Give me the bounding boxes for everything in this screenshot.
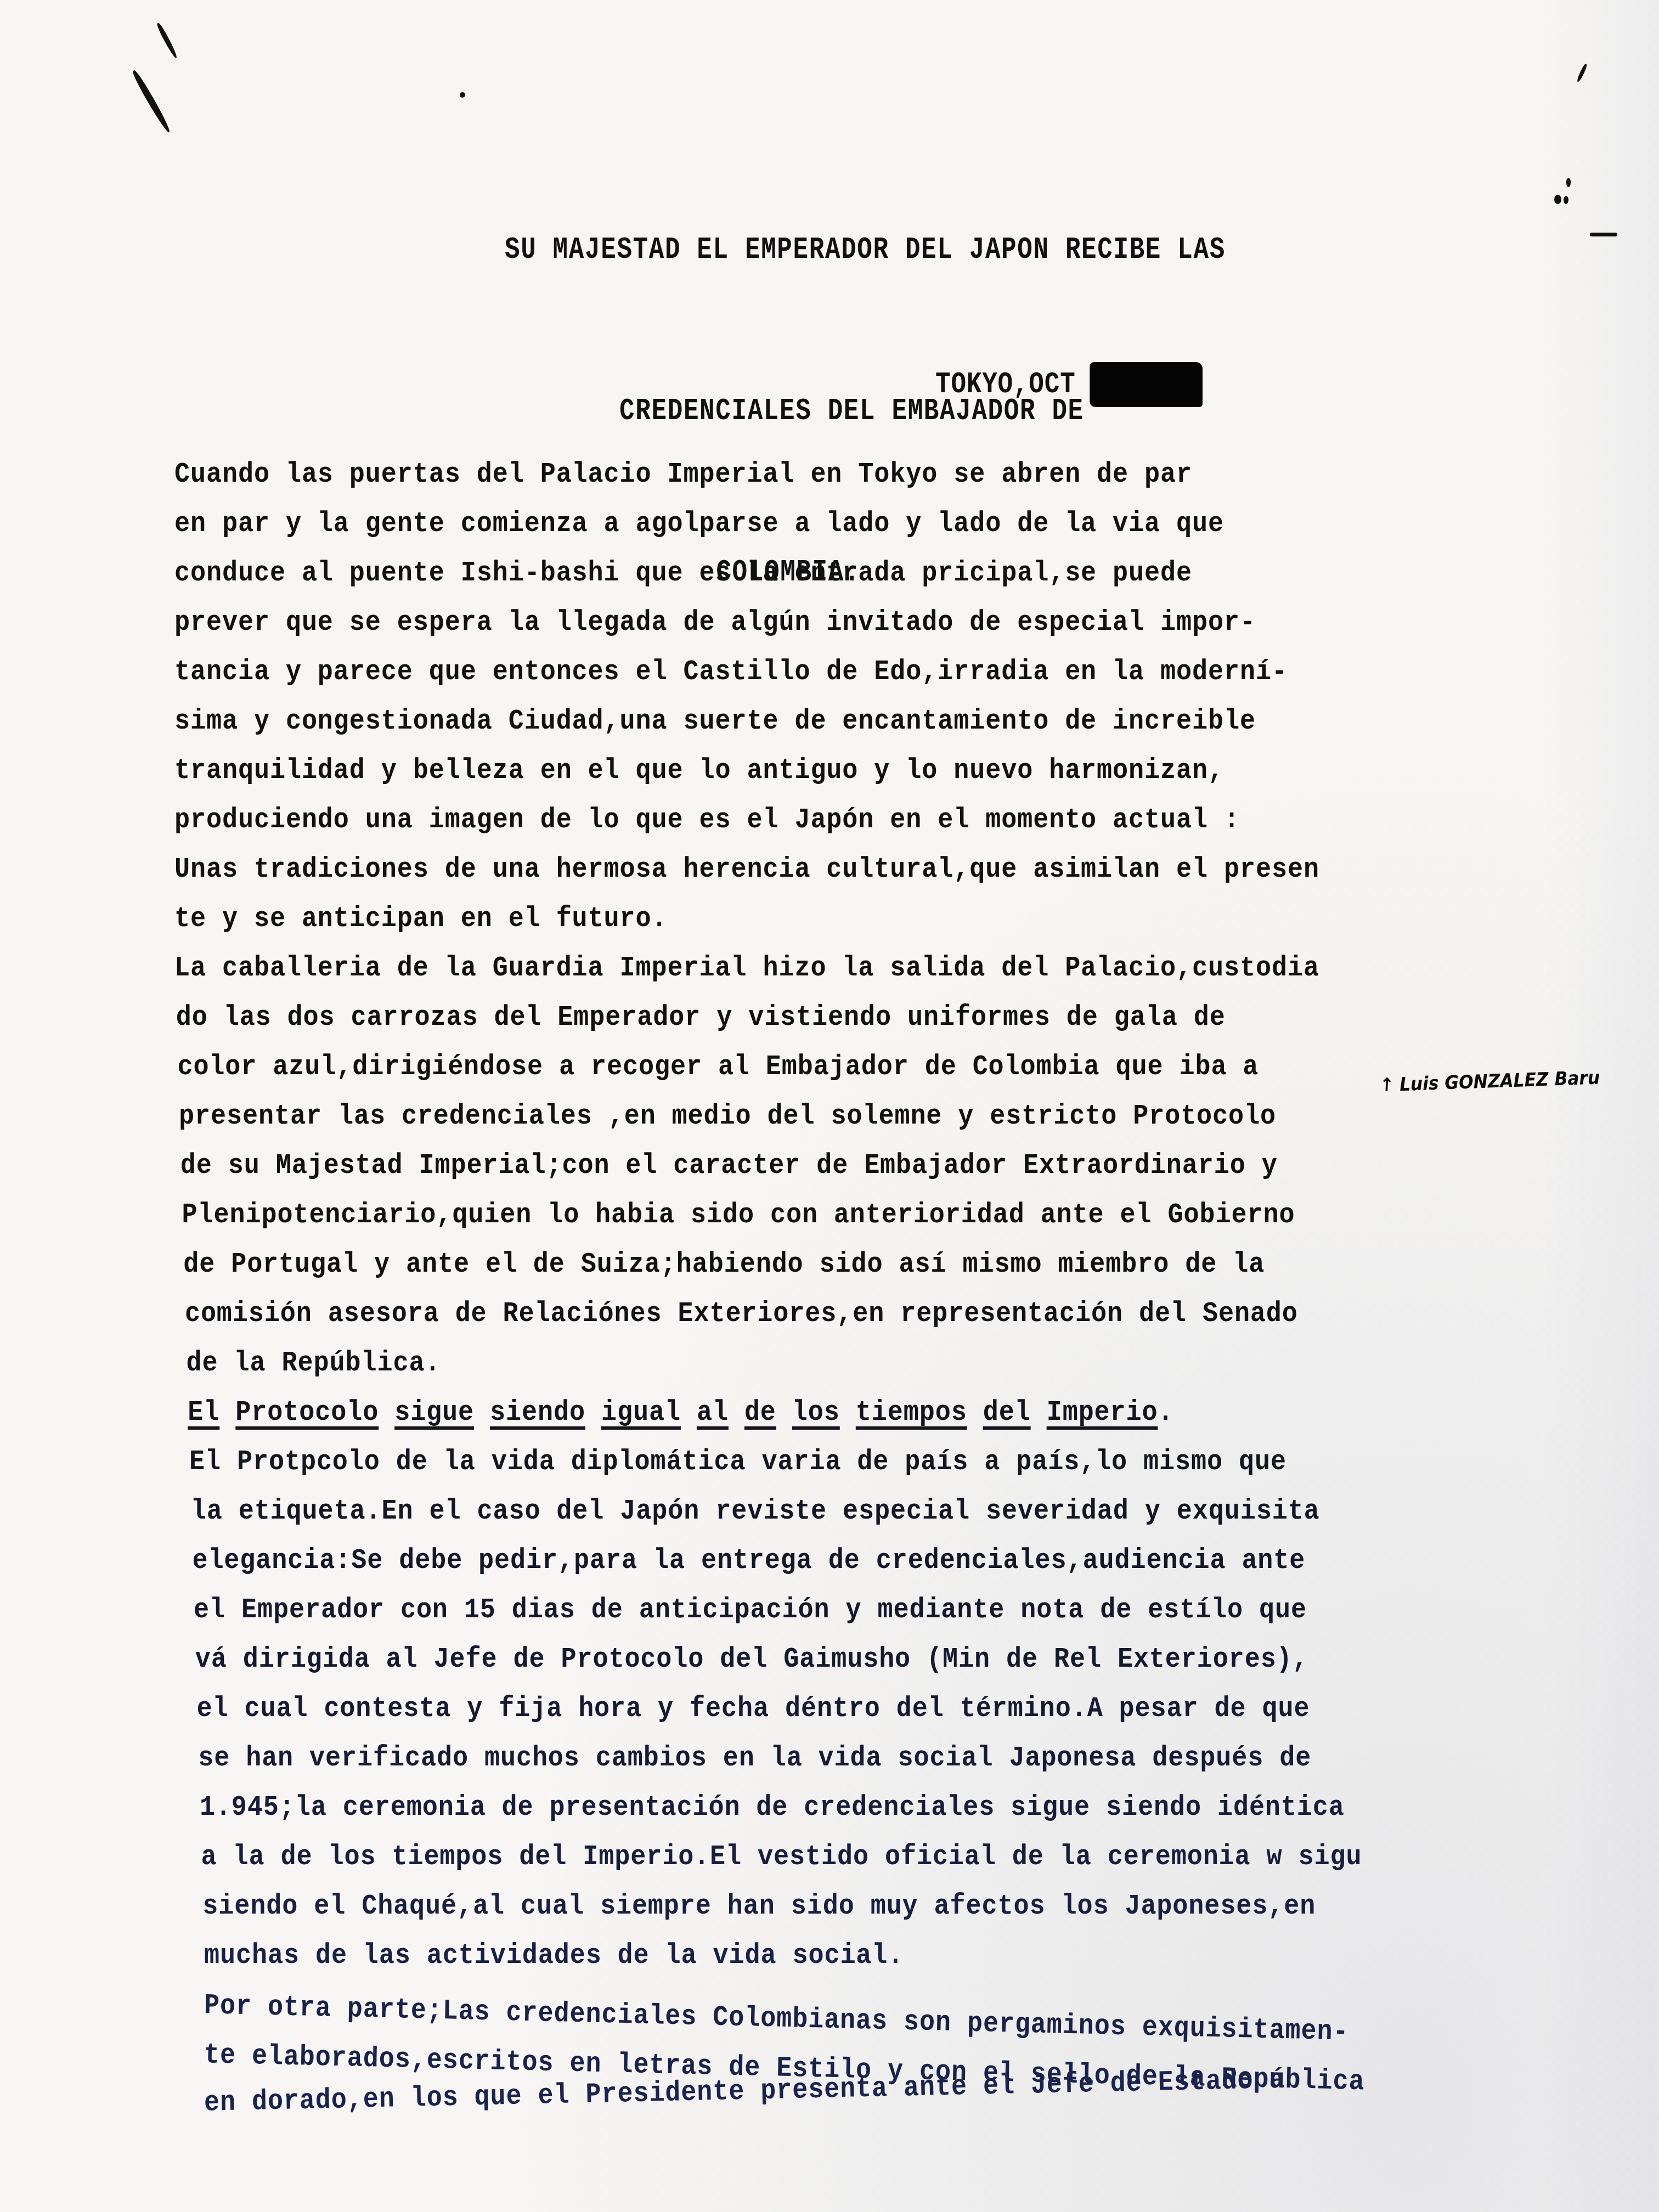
body-line: el Emperador con 15 dias de anticipación…	[174, 1585, 1508, 1635]
sub-heading-word: de	[744, 1396, 776, 1429]
document-body: Cuando las puertas del Palacio Imperial …	[174, 450, 1656, 2129]
body-line: color azul,dirigiéndose a recoger al Emb…	[174, 1042, 1508, 1092]
ink-mark	[460, 92, 465, 98]
body-line: Unas tradiciones de una hermosa herencia…	[174, 845, 1508, 894]
ink-mark	[156, 22, 179, 59]
body-line: 1.945;la ceremonia de presentación de cr…	[174, 1783, 1508, 1832]
ink-mark	[131, 69, 172, 134]
body-line: la etiqueta.En el caso del Japón reviste…	[174, 1487, 1508, 1536]
body-line: Plenipotenciario,quien lo habia sido con…	[174, 1190, 1508, 1240]
sub-heading-word: del	[983, 1396, 1031, 1429]
body-line: el cual contesta y fija hora y fecha dén…	[174, 1684, 1508, 1734]
body-line: se han verificado muchos cambios en la v…	[174, 1734, 1508, 1783]
scanned-page: SU MAJESTAD EL EMPERADOR DEL JAPON RECIB…	[0, 0, 1659, 2212]
sub-heading-word: igual	[601, 1396, 681, 1429]
body-line: elegancia:Se debe pedir,para la entrega …	[174, 1536, 1508, 1585]
title-line-1: SU MAJESTAD EL EMPERADOR DEL JAPON RECIB…	[505, 223, 1226, 276]
body-line: te y se anticipan en el futuro.	[174, 894, 1508, 944]
sub-heading-word: siendo	[490, 1396, 585, 1429]
body-line: presentar las credenciales ,en medio del…	[174, 1092, 1508, 1141]
redaction-block	[1090, 362, 1203, 407]
annotation-text: Luis GONZALEZ Baru	[1399, 1066, 1600, 1096]
sub-heading-word: Imperio	[1047, 1396, 1158, 1429]
ink-mark	[1576, 63, 1588, 83]
sub-heading: El Protocolo sigue siendo igual al de lo…	[174, 1388, 1508, 1437]
sub-heading-word: al	[697, 1396, 729, 1429]
body-line: comisión asesora de Relaciónes Exteriore…	[174, 1289, 1508, 1339]
ink-mark	[1566, 178, 1571, 187]
body-line: de Portugal y ante el de Suiza;habiendo …	[174, 1240, 1508, 1289]
body-line: Cuando las puertas del Palacio Imperial …	[174, 450, 1508, 499]
sub-heading-word: Protocolo	[235, 1396, 379, 1429]
body-line: produciendo una imagen de lo que es el J…	[174, 795, 1508, 845]
body-line: El Protpcolo de la vida diplomática vari…	[174, 1437, 1508, 1487]
body-line: siendo el Chaqué,al cual siempre han sid…	[174, 1882, 1508, 1931]
body-line: tancia y parece que entonces el Castillo…	[174, 647, 1508, 697]
body-line: vá dirigida al Jefe de Protocolo del Gai…	[174, 1635, 1508, 1684]
sub-heading-word: sigue	[394, 1396, 474, 1429]
body-line: de la República.	[174, 1339, 1508, 1388]
ink-mark	[1564, 196, 1568, 204]
body-line: en par y la gente comienza a agolparse a…	[174, 499, 1508, 549]
ink-mark	[1590, 233, 1617, 236]
sub-heading-word: El	[188, 1396, 219, 1429]
body-line: muchas de las actividades de la vida soc…	[174, 1931, 1508, 1980]
ink-mark	[1554, 195, 1561, 204]
sub-heading-period: .	[1158, 1396, 1174, 1429]
body-line: a la de los tiempos del Imperio.El vesti…	[174, 1832, 1508, 1882]
body-line: prever que se espera la llegada de algún…	[174, 598, 1508, 647]
body-line: de su Majestad Imperial;con el caracter …	[174, 1141, 1508, 1190]
body-line: conduce al puente Ishi-bashi que es la e…	[174, 549, 1508, 598]
arrow-icon: ↗	[1375, 1072, 1400, 1099]
body-line: La caballeria de la Guardia Imperial hiz…	[174, 944, 1508, 993]
body-line: sima y congestionada Ciudad,una suerte d…	[174, 697, 1508, 746]
dateline: TOKYO,OCT	[935, 362, 1185, 407]
dateline-text: TOKYO,OCT	[935, 368, 1076, 402]
handwritten-annotation: ↗Luis GONZALEZ Baru	[1355, 1045, 1601, 1119]
body-line: tranquilidad y belleza en el que lo anti…	[174, 746, 1508, 795]
body-line: do las dos carrozas del Emperador y vist…	[174, 993, 1508, 1042]
sub-heading-word: tiempos	[856, 1396, 967, 1429]
sub-heading-word: los	[792, 1396, 840, 1429]
